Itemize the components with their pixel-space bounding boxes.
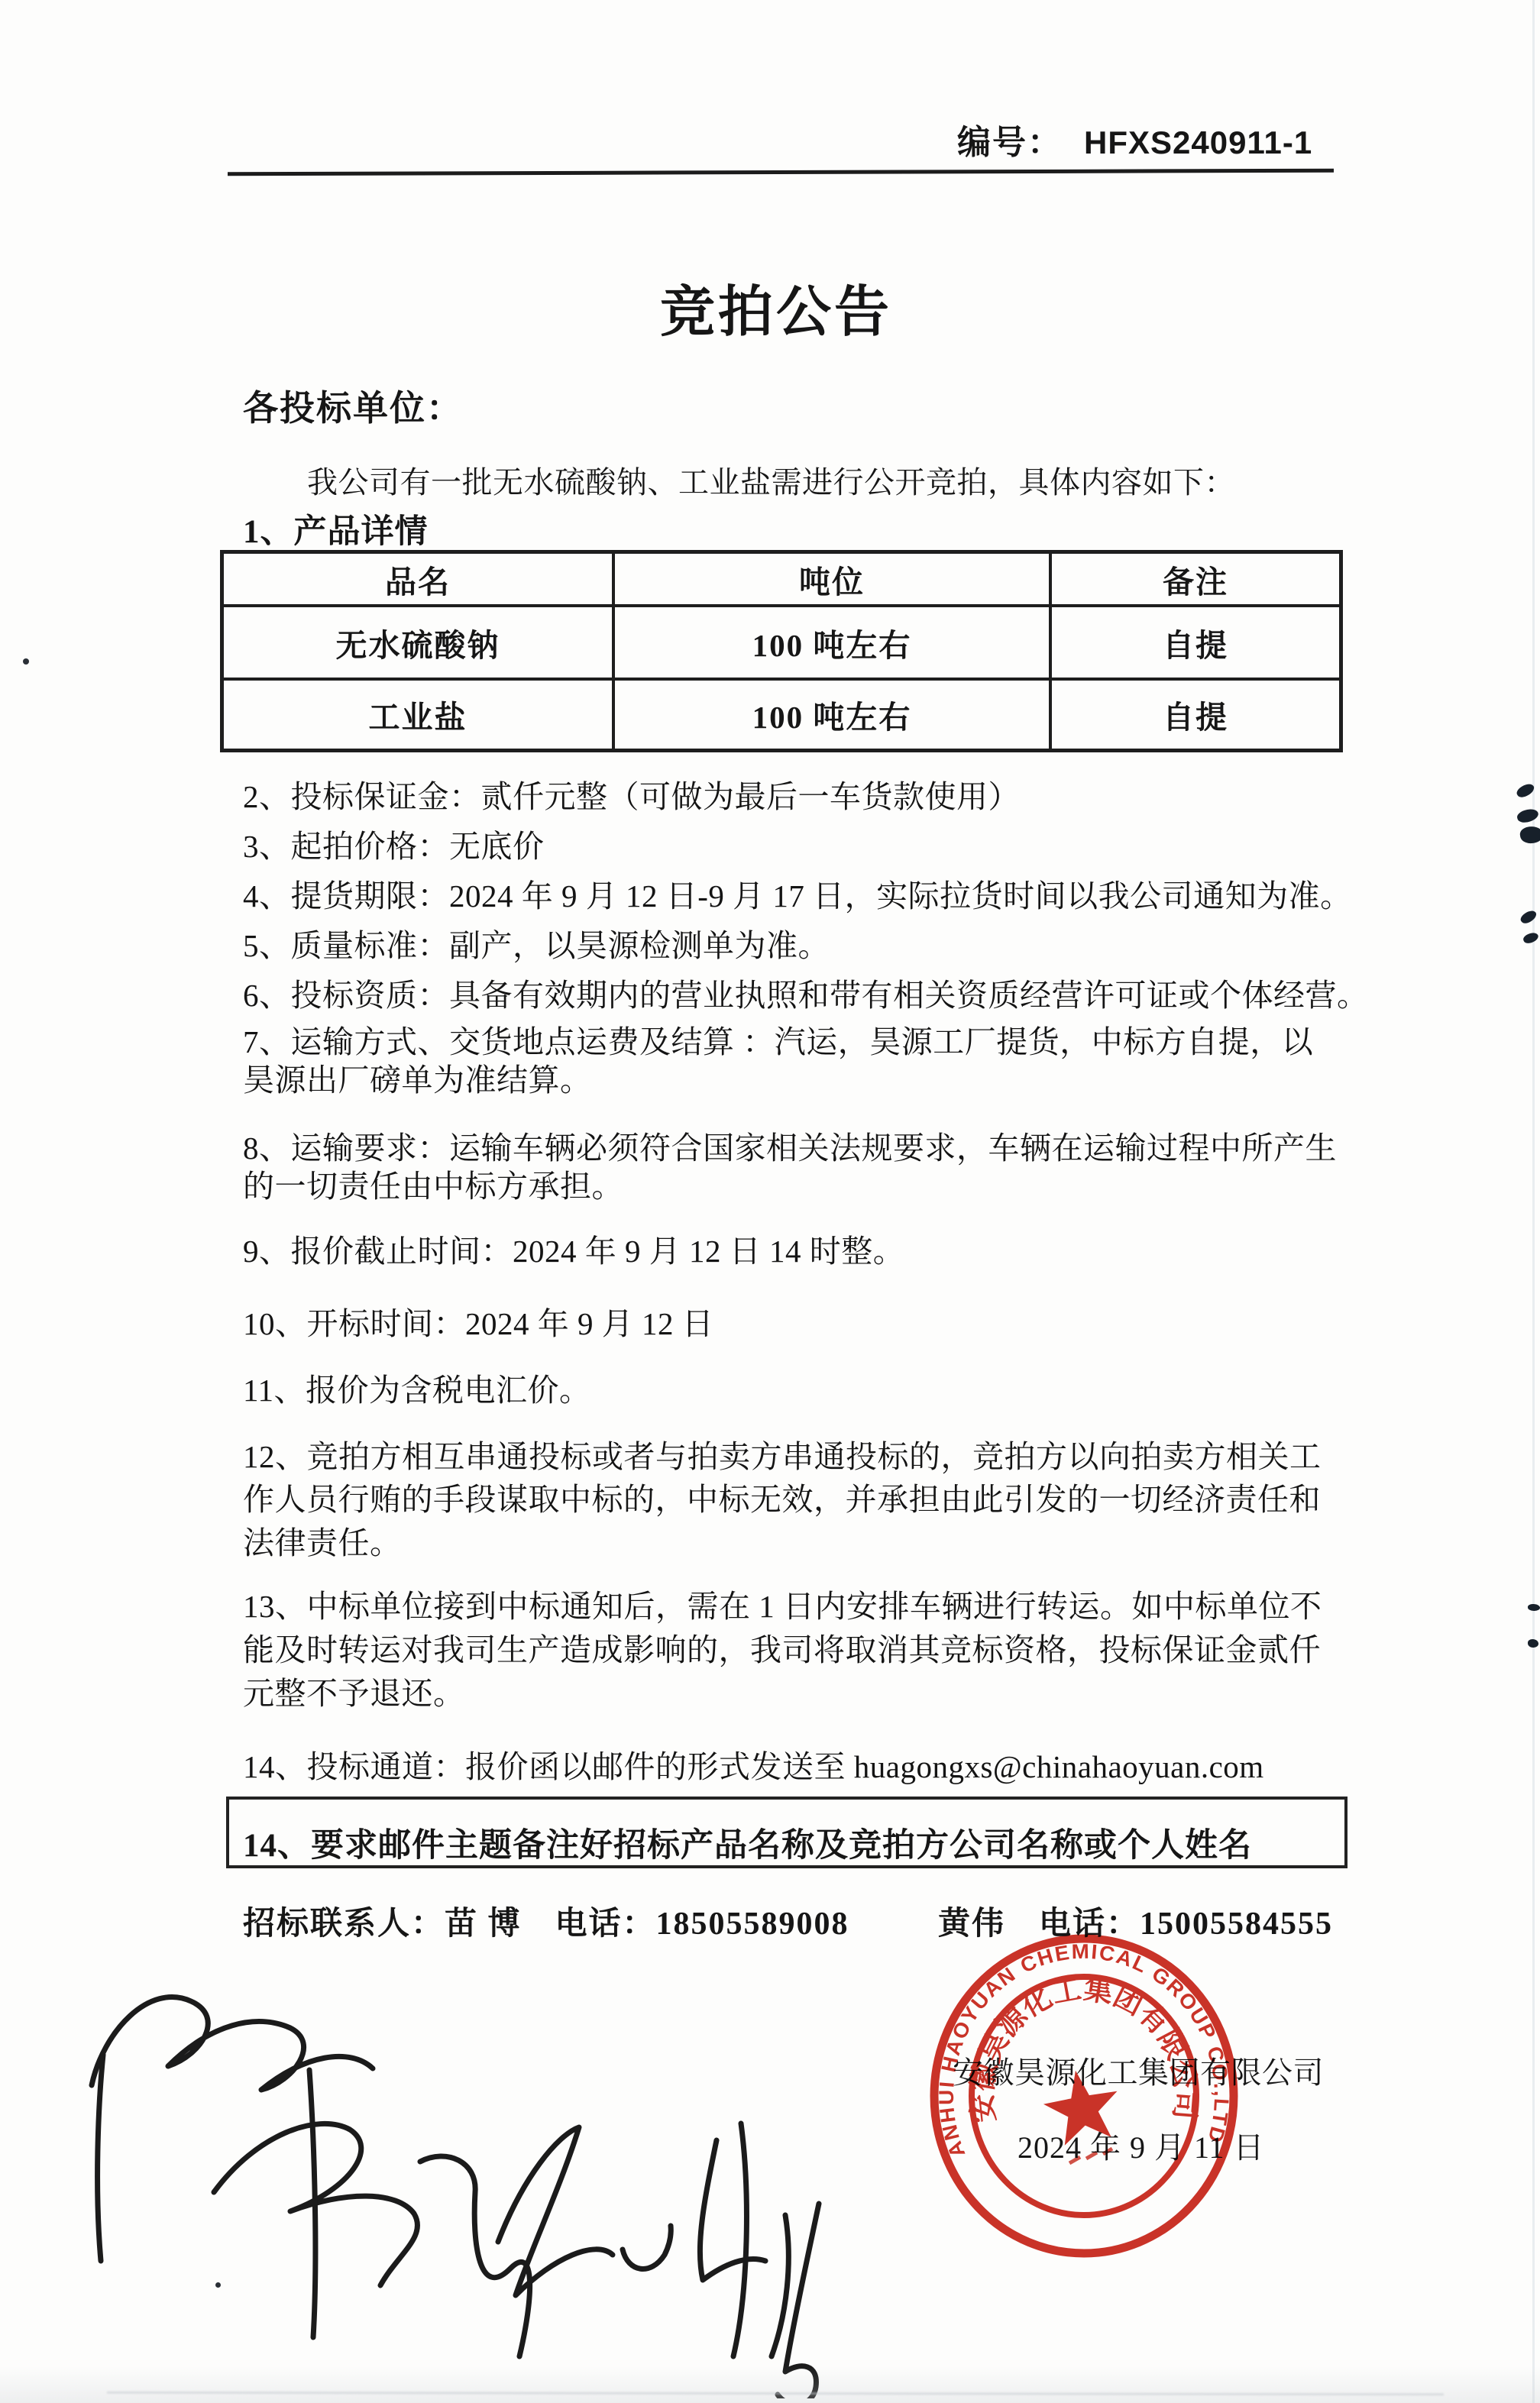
list-item-line: 10、开标时间：2024 年 9 月 12 日 bbox=[243, 1299, 713, 1344]
scan-artifact bbox=[1528, 1604, 1540, 1611]
seal-serial-mark bbox=[1069, 2149, 1112, 2163]
scan-artifact bbox=[1516, 807, 1540, 825]
page-title: 竞拍公告 bbox=[660, 267, 892, 347]
list-item-line: 2、投标保证金：贰仟元整（可做为最后一车货款使用） bbox=[243, 771, 1020, 817]
list-item-line: 11、报价为含税电汇价。 bbox=[243, 1365, 590, 1410]
scan-artifact bbox=[1528, 1639, 1538, 1648]
product-table: 品名 吨位 备注 无水硫酸钠 100 吨左右 自提 工业盐 100 吨左右 自提 bbox=[220, 550, 1343, 752]
scan-artifact bbox=[1522, 930, 1539, 945]
header-rule bbox=[228, 169, 1334, 176]
scan-artifact bbox=[1519, 908, 1538, 926]
notice-box-text: 14、要求邮件主题备注好招标产品名称及竞拍方公司名称或个人姓名 bbox=[243, 1819, 1252, 1866]
company-seal-stamp: ANHUI HAOYUAN CHEMICAL GROUP CO.,LTD 安徽昊… bbox=[901, 1910, 1283, 2307]
list-item-line: 6、投标资质：具备有效期内的营业执照和带有相关资质经营许可证或个体经营。 bbox=[243, 970, 1369, 1015]
table-cell: 自提 bbox=[1052, 607, 1339, 681]
scan-artifact bbox=[1519, 825, 1540, 845]
list-item-line: 5、质量标准：副产，以昊源检测单为准。 bbox=[243, 920, 830, 965]
table-header-tonnage: 吨位 bbox=[615, 554, 1052, 607]
handwritten-signature-2 bbox=[498, 2123, 819, 2398]
contact-left: 招标联系人：苗 博 电话：18505589008 bbox=[243, 1898, 849, 1944]
scan-artifact bbox=[23, 658, 29, 665]
doc-number-label: 编号： bbox=[957, 124, 1063, 161]
table-cell: 工业盐 bbox=[224, 681, 615, 749]
handwritten-signature-1 bbox=[92, 1997, 530, 2356]
section-1-title: 1、产品详情 bbox=[243, 506, 429, 552]
seal-star-icon bbox=[1039, 2064, 1125, 2148]
list-item-line: 4、提货期限：2024 年 9 月 12 日-9 月 17 日，实际拉货时间以我… bbox=[243, 871, 1352, 916]
handwritten-signatures bbox=[61, 1940, 825, 2398]
table-header-remarks: 备注 bbox=[1052, 554, 1339, 607]
list-item-line: 的一切责任由中标方承担。 bbox=[243, 1161, 623, 1206]
list-item-line: 9、报价截止时间：2024 年 9 月 12 日 14 时整。 bbox=[243, 1226, 904, 1271]
list-item-line: 法律责任。 bbox=[243, 1518, 402, 1563]
list-item-line: 昊源出厂磅单为准结算。 bbox=[243, 1055, 592, 1100]
list-item-line: 12、竞拍方相互串通投标或者与拍卖方串通投标的，竞拍方以向拍卖方相关工 bbox=[243, 1431, 1322, 1476]
doc-number-value: HFXS240911-1 bbox=[1084, 125, 1312, 160]
table-header-name: 品名 bbox=[224, 554, 615, 607]
page-bottom-shadow bbox=[0, 2366, 1540, 2403]
salutation: 各投标单位： bbox=[243, 380, 463, 431]
list-item-line: 3、起拍价格：无底价 bbox=[243, 821, 545, 866]
table-cell: 100 吨左右 bbox=[615, 681, 1052, 749]
intro-paragraph: 我公司有一批无水硫酸钠、工业盐需进行公开竞拍，具体内容如下： bbox=[307, 458, 1235, 502]
scan-edge-line bbox=[1532, 0, 1535, 2403]
list-item-line: 能及时转运对我司生产造成影响的，我司将取消其竞标资格，投标保证金贰仟 bbox=[243, 1625, 1321, 1670]
doc-number: 编号：HFXS240911-1 bbox=[957, 115, 1312, 163]
table-cell: 100 吨左右 bbox=[615, 607, 1052, 681]
list-item-line: 作人员行贿的手段谋取中标的，中标无效，并承担由此引发的一切经济责任和 bbox=[243, 1474, 1321, 1519]
scanned-auction-notice-page: 编号：HFXS240911-1 竞拍公告 各投标单位： 我公司有一批无水硫酸钠、… bbox=[0, 0, 1540, 2403]
list-item-line: 14、投标通道：报价函以邮件的形式发送至 huagongxs@chinahaoy… bbox=[243, 1742, 1264, 1787]
table-cell: 无水硫酸钠 bbox=[224, 607, 615, 681]
scan-artifact bbox=[215, 2282, 221, 2288]
list-item-line: 元整不予退还。 bbox=[243, 1668, 465, 1713]
table-cell: 自提 bbox=[1052, 681, 1339, 749]
list-item-line: 13、中标单位接到中标通知后，需在 1 日内安排车辆进行转运。如中标单位不 bbox=[243, 1581, 1322, 1626]
